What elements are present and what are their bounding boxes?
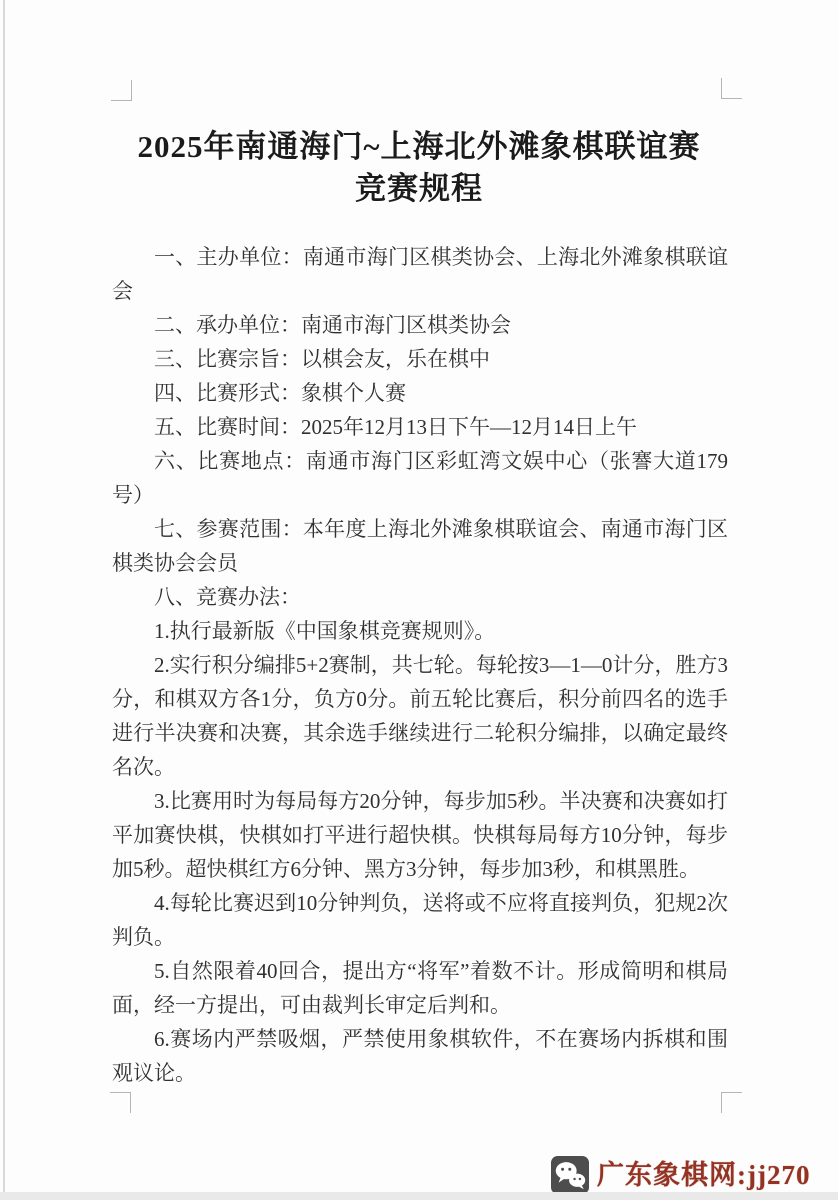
paragraph: 三、比赛宗旨：以棋会友，乐在棋中	[112, 342, 728, 376]
paragraph: 四、比赛形式：象棋个人赛	[112, 376, 728, 410]
paragraph: 4.每轮比赛迟到10分钟判负，送将或不应将直接判负，犯规2次判负。	[112, 886, 728, 954]
paragraph: 八、竞赛办法：	[112, 580, 728, 614]
document-body: 一、主办单位：南通市海门区棋类协会、上海北外滩象棋联谊会二、承办单位：南通市海门…	[112, 240, 728, 1090]
paragraph: 七、参赛范围：本年度上海北外滩象棋联谊会、南通市海门区棋类协会会员	[112, 512, 728, 580]
crop-mark-bottom-right	[721, 1092, 742, 1113]
watermark-text: 广东象棋网:jj270	[597, 1156, 810, 1194]
crop-mark-bottom-left	[110, 1092, 131, 1113]
paragraph: 五、比赛时间：2025年12月13日下午—12月14日上午	[112, 410, 728, 444]
watermark: 广东象棋网:jj270	[551, 1154, 810, 1196]
document-title-line1: 2025年南通海门~上海北外滩象棋联谊赛	[0, 126, 838, 168]
crop-mark-top-right	[721, 78, 742, 99]
paragraph: 2.实行积分编排5+2赛制，共七轮。每轮按3—1—0计分，胜方3分，和棋双方各1…	[112, 648, 728, 784]
photo-bottom-edge	[0, 1192, 838, 1200]
crop-mark-top-left	[111, 80, 132, 101]
wechat-icon	[551, 1156, 589, 1194]
paragraph: 六、比赛地点：南通市海门区彩虹湾文娱中心（张謇大道179号）	[112, 444, 728, 512]
paragraph: 二、承办单位：南通市海门区棋类协会	[112, 308, 728, 342]
document-title: 2025年南通海门~上海北外滩象棋联谊赛 竞赛规程	[0, 126, 838, 210]
paragraph: 6.赛场内严禁吸烟，严禁使用象棋软件，不在赛场内拆棋和围观议论。	[112, 1022, 728, 1090]
paragraph: 5.自然限着40回合，提出方“将军”着数不计。形成简明和棋局面，经一方提出，可由…	[112, 954, 728, 1022]
document-title-line2: 竞赛规程	[0, 168, 838, 210]
paragraph: 3.比赛用时为每局每方20分钟，每步加5秒。半决赛和决赛如打平加赛快棋，快棋如打…	[112, 784, 728, 886]
paragraph: 一、主办单位：南通市海门区棋类协会、上海北外滩象棋联谊会	[112, 240, 728, 308]
paragraph: 1.执行最新版《中国象棋竞赛规则》。	[112, 614, 728, 648]
